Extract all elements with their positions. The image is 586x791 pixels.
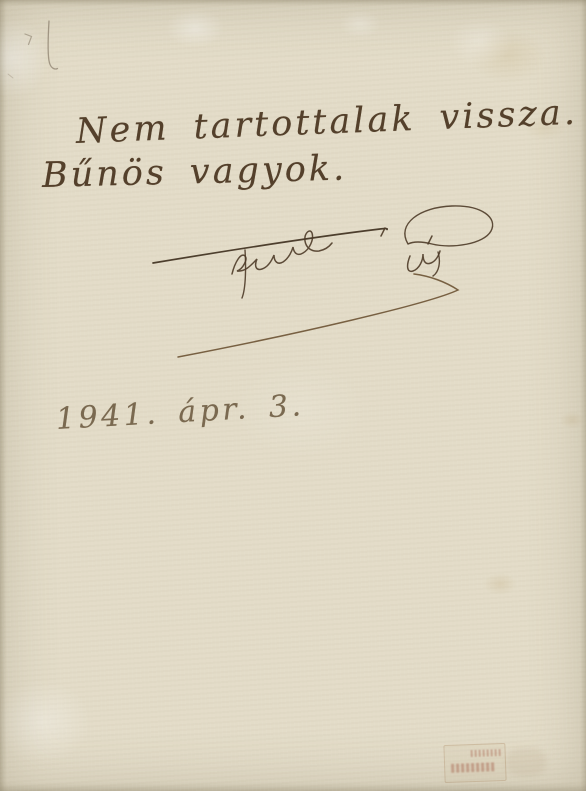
stamp-text-row bbox=[471, 749, 501, 757]
stamp-text-row bbox=[451, 762, 495, 773]
archival-stamp bbox=[443, 743, 506, 783]
date-line: 1941. ápr. 3. bbox=[55, 388, 305, 437]
note-line-1: Nem tartottalak vissza. bbox=[75, 93, 578, 152]
paper-sheet: Nem tartottalak vissza. Bűnös vagyok. 19… bbox=[0, 0, 586, 791]
stamp-smudge bbox=[506, 748, 546, 776]
signature bbox=[138, 194, 510, 366]
pencil-marks bbox=[0, 0, 90, 110]
note-line-2: Bűnös vagyok. bbox=[42, 149, 348, 196]
